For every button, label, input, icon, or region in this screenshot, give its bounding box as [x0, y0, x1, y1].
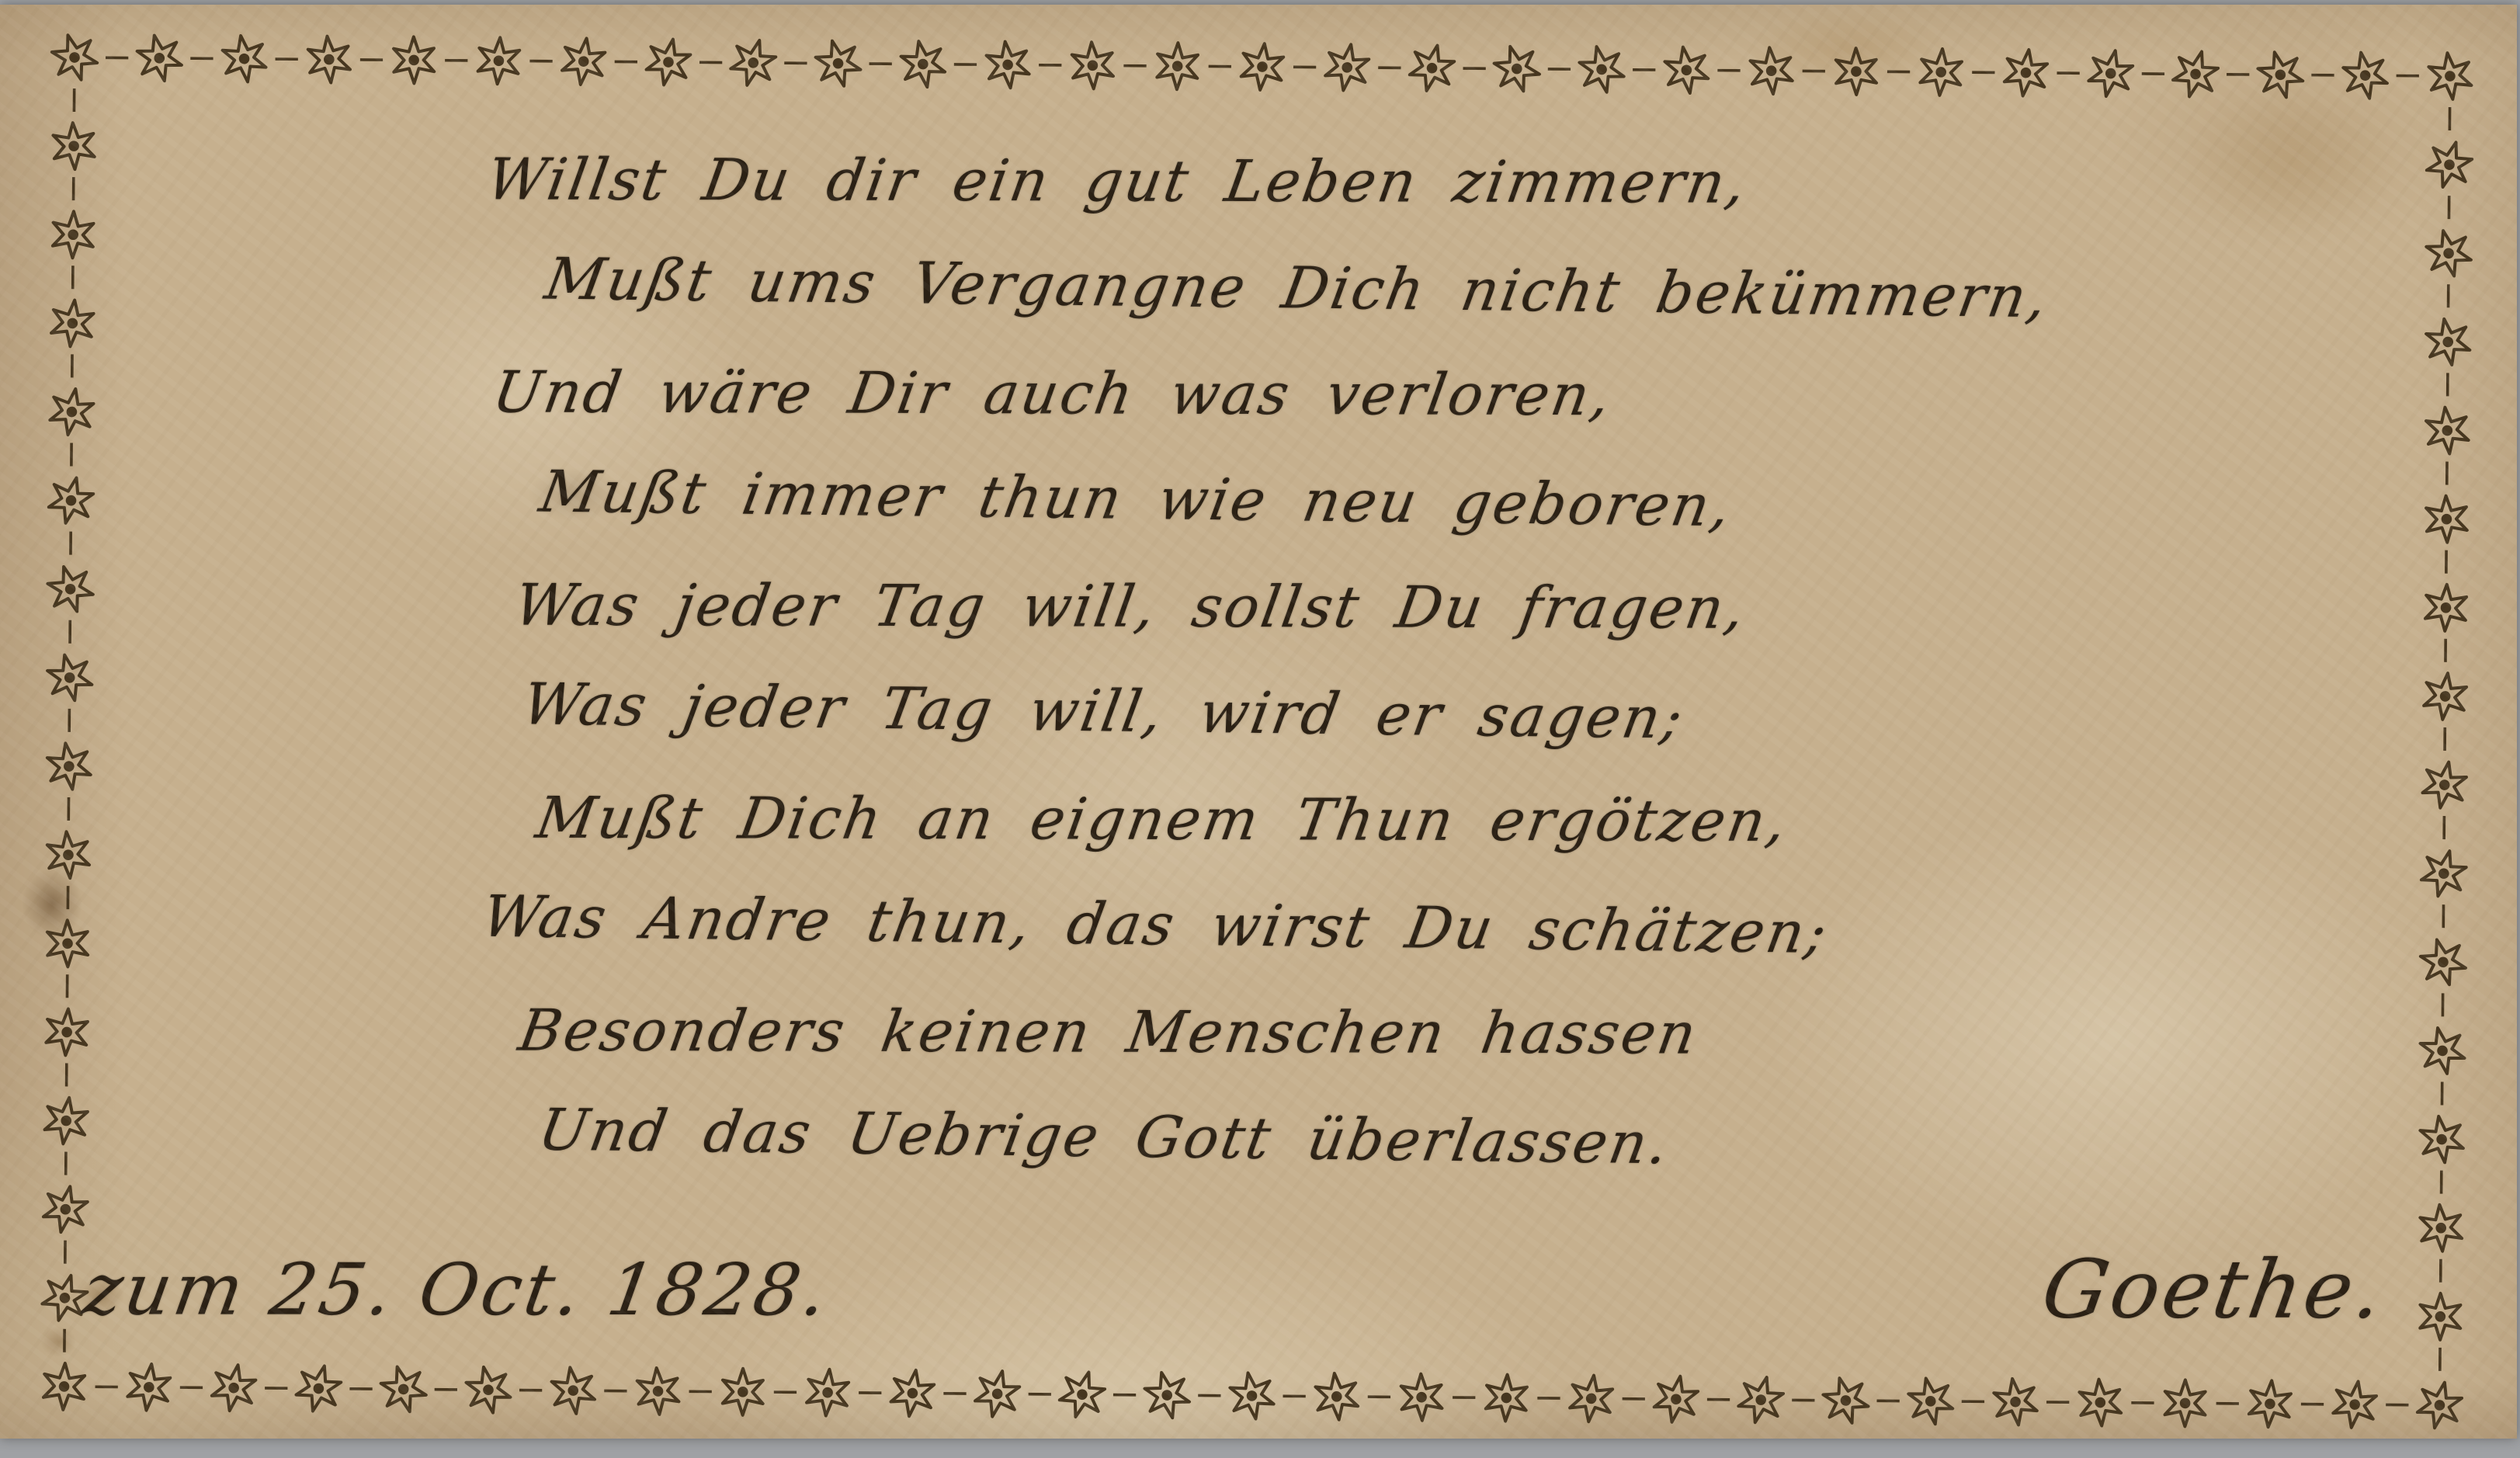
star-icon — [46, 473, 95, 527]
poem-line: Mußt immer thun wie neu geboren, — [532, 439, 2056, 564]
star-icon — [220, 33, 267, 85]
star-icon — [2003, 47, 2049, 99]
star-icon — [806, 1368, 849, 1418]
star-icon — [2421, 759, 2469, 811]
poem-line: Was Andre thun, das wirst Du schätzen; — [474, 864, 2052, 989]
star-icon — [1749, 46, 1793, 95]
star-icon — [2170, 47, 2221, 102]
star-icon — [1652, 1373, 1700, 1425]
star-icon — [2418, 934, 2469, 990]
star-icon — [53, 122, 95, 170]
star-icon — [46, 741, 92, 793]
date-line: zum 25. Oct. 1828. — [78, 1248, 835, 1332]
poem-line: Mußt ums Vergangne Dich nicht bekümmern, — [537, 227, 2057, 351]
star-icon — [48, 386, 95, 439]
star-icon — [1820, 1373, 1871, 1428]
star-icon — [43, 1363, 85, 1411]
star-icon — [1568, 1373, 1613, 1424]
star-icon — [2425, 316, 2472, 369]
star-icon — [293, 1361, 344, 1416]
star-icon — [2424, 137, 2476, 193]
star-icon — [2418, 1024, 2467, 1078]
star-icon — [2422, 671, 2467, 721]
poem-line: Was jeder Tag will, wird er sagen; — [514, 651, 2053, 776]
star-icon — [2418, 846, 2469, 901]
poem-line: Und wäre Dir auch was verloren, — [485, 340, 2057, 450]
star-icon — [637, 1366, 680, 1415]
star-icon — [2341, 49, 2390, 102]
scan-tilt-layer: Willst Du dir ein gut Leben zimmern,Mußt… — [0, 4, 2517, 1446]
star-icon — [1071, 41, 1114, 89]
star-icon — [723, 1369, 763, 1415]
star-icon — [1836, 48, 1877, 95]
star-icon — [464, 1363, 513, 1417]
star-icon — [307, 35, 352, 85]
star-icon — [2255, 47, 2306, 102]
star-icon — [2428, 50, 2473, 102]
star-icon — [1485, 1373, 1527, 1422]
poem-line: Mußt Dich an eignem Thun ergötzen, — [528, 765, 2053, 876]
star-icon — [2425, 405, 2470, 456]
star-icon — [2425, 584, 2466, 632]
poem-line: Was jeder Tag will, sollst Du fragen, — [507, 553, 2056, 663]
star-icon — [1157, 43, 1198, 90]
signature: Goethe. — [2036, 1242, 2393, 1337]
star-icon — [1057, 1366, 1109, 1422]
star-icon — [1240, 42, 1284, 92]
star-icon — [2419, 1203, 2463, 1252]
star-icon — [41, 1182, 90, 1236]
star-icon — [889, 1367, 935, 1419]
star-icon — [134, 31, 184, 85]
star-icon — [2079, 1378, 2123, 1427]
star-icon — [727, 35, 779, 91]
star-icon — [644, 35, 693, 89]
star-icon — [52, 211, 93, 259]
star-icon — [1401, 1373, 1442, 1421]
star-icon — [127, 1362, 172, 1412]
star-icon — [1663, 44, 1710, 96]
poem-line: Und das Uebrige Gott überlassen. — [530, 1078, 2050, 1202]
star-icon — [47, 920, 89, 967]
star-icon — [813, 36, 863, 91]
star-icon — [985, 40, 1030, 91]
star-icon — [973, 1366, 1022, 1421]
star-icon — [2086, 47, 2135, 100]
star-icon — [47, 830, 91, 880]
star-icon — [1919, 47, 1962, 96]
star-icon — [1491, 40, 1543, 96]
star-icon — [2418, 1113, 2464, 1165]
star-icon — [378, 1362, 429, 1418]
poem: Willst Du dir ein gut Leben zimmern,Mußt… — [457, 123, 2050, 1199]
star-icon — [1314, 1371, 1359, 1422]
star-icon — [1142, 1368, 1192, 1423]
star-icon — [1992, 1376, 2038, 1428]
star-icon — [50, 298, 95, 349]
star-icon — [1577, 43, 1626, 97]
star-icon — [1906, 1374, 1955, 1428]
star-icon — [2164, 1380, 2205, 1426]
star-icon — [2248, 1379, 2292, 1428]
star-icon — [45, 1008, 88, 1057]
star-icon — [49, 30, 101, 85]
star-icon — [44, 561, 96, 617]
star-icon — [394, 36, 435, 83]
poem-line: Besonders keinen Menschen hassen — [511, 978, 2052, 1088]
poem-line: Willst Du dir ein gut Leben zimmern, — [479, 127, 2059, 238]
star-icon — [1324, 41, 1371, 94]
star-icon — [43, 1095, 89, 1146]
star-icon — [210, 1361, 258, 1414]
star-icon — [2415, 1378, 2465, 1432]
star-icon — [2426, 495, 2468, 543]
star-icon — [2420, 1293, 2460, 1340]
star-icon — [45, 651, 95, 705]
star-icon — [1736, 1373, 1786, 1428]
paper-sheet: Willst Du dir ein gut Leben zimmern,Mußt… — [0, 5, 2517, 1439]
star-icon — [550, 1365, 596, 1416]
star-icon — [1228, 1369, 1276, 1422]
star-icon — [561, 36, 606, 87]
star-icon — [2424, 226, 2474, 281]
star-icon — [899, 37, 947, 90]
star-icon — [477, 36, 520, 85]
star-icon — [1407, 41, 1456, 95]
star-icon — [2331, 1379, 2378, 1431]
